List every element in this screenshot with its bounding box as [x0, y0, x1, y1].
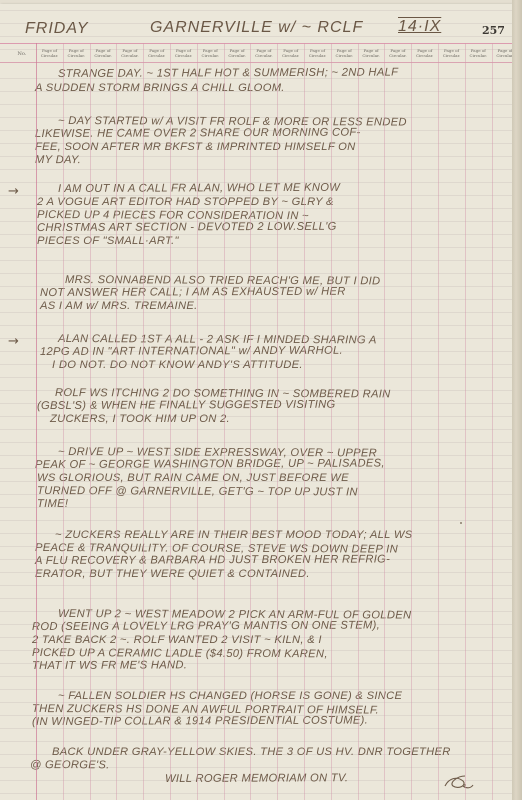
column-label-line2: Circular.	[143, 54, 170, 59]
paper-speck	[460, 522, 462, 524]
column-label-line2: Circular.	[304, 54, 331, 59]
page-of-circular-column-label: Page ofCircular.	[277, 49, 304, 58]
column-rule	[224, 43, 225, 800]
column-rule	[331, 43, 332, 800]
column-label-line2: Circular.	[465, 54, 492, 59]
handwritten-line: ~ ZUCKERS REALLY ARE IN THEIR BEST MOOD …	[55, 529, 413, 542]
handwritten-line: (IN WINGED-TIP COLLAR & 1914 PRESIDENTIA…	[32, 715, 368, 729]
column-label-line2: Circular.	[224, 54, 251, 59]
column-rule	[116, 43, 117, 800]
handwritten-line: PIECES OF "SMALL·ART."	[37, 235, 179, 248]
handwritten-line: A SUDDEN STORM BRINGS A CHILL GLOOM.	[35, 82, 285, 95]
column-label-line2: Circular.	[36, 54, 63, 59]
page-of-circular-column-label: Page ofCircular.	[384, 49, 411, 58]
page-of-circular-column-label: Page ofCircular.	[250, 49, 277, 58]
handwritten-line: A FLU RECOVERY & BARBARA HD JUST BROKEN …	[35, 553, 390, 568]
page-of-circular-column-label: Page ofCircular.	[358, 49, 385, 58]
page-of-circular-column-label: Page ofCircular.	[224, 49, 251, 58]
column-rule	[250, 43, 251, 800]
no-column-label: No.	[14, 51, 30, 57]
column-rule	[90, 43, 91, 800]
handwritten-line: 2 A VOGUE ART EDITOR HAD STOPPED BY ~ GL…	[37, 196, 334, 209]
header-date: 14·IX	[398, 18, 441, 36]
handwritten-line: FEE, SOON AFTER MR BKFST & IMPRINTED HIM…	[35, 141, 356, 154]
header-day: FRIDAY	[25, 20, 88, 38]
page-of-circular-column-label: Page ofCircular.	[90, 49, 117, 58]
diary-page: 257 FRIDAY GARNERVILLE w/ ~ RCLF 14·IX N…	[0, 4, 512, 800]
column-rule	[63, 43, 64, 800]
column-label-line2: Circular.	[250, 54, 277, 59]
page-number: 257	[482, 24, 505, 37]
handwritten-line: 12PG AD IN "ART INTERNATIONAL" w/ ANDY W…	[40, 345, 343, 359]
column-label-line2: Circular.	[384, 54, 411, 59]
handwritten-line: THAT IT WS FR ME'S HAND.	[32, 659, 187, 673]
column-label-line2: Circular.	[331, 54, 358, 59]
column-label-line2: Circular.	[63, 54, 90, 59]
column-rule	[277, 43, 278, 800]
column-rule	[384, 43, 385, 800]
column-label-line2: Circular.	[170, 54, 197, 59]
column-label-line2: Circular.	[438, 54, 465, 59]
column-label-line2: Circular.	[277, 54, 304, 59]
handwritten-line: CHRISTMAS ART SECTION - DEVOTED 2 LOW.SE…	[37, 221, 337, 235]
column-label-line2: Circular.	[411, 54, 438, 59]
page-of-circular-column-label: Page ofCircular.	[465, 49, 492, 58]
header-location: GARNERVILLE w/ ~ RCLF	[150, 19, 363, 37]
column-label-line2: Circular.	[492, 54, 512, 59]
page-of-circular-column-label: Page ofCircular.	[63, 49, 90, 58]
page-of-circular-column-label: Page ofCircular.	[143, 49, 170, 58]
page-of-circular-column-label: Page ofCircular.	[197, 49, 224, 58]
ledger-header-row: No. Page ofCircular.Page ofCircular.Page…	[0, 44, 512, 66]
column-label-line2: Circular.	[358, 54, 385, 59]
signature-icon	[443, 772, 475, 792]
handwritten-line: ERATOR, BUT THEY WERE QUIET & CONTAINED.	[35, 568, 310, 581]
column-label-line2: Circular.	[197, 54, 224, 59]
handwritten-line: STRANGE DAY. ~ 1ST HALF HOT & SUMMERISH;…	[58, 67, 398, 81]
column-rule	[411, 43, 412, 800]
column-rule	[465, 43, 466, 800]
page-of-circular-column-label: Page ofCircular.	[492, 49, 512, 58]
handwritten-line: ~ FALLEN SOLDIER HS CHANGED (HORSE IS GO…	[58, 690, 402, 703]
handwritten-line: ZUCKERS, I TOOK HIM UP ON 2.	[50, 413, 230, 426]
handwritten-line: MY DAY.	[35, 154, 81, 167]
handwritten-line: WS GLORIOUS, BUT RAIN CAME ON, JUST BEFO…	[37, 472, 349, 485]
handwritten-line: PEAK OF ~ GEORGE WASHINGTON BRIDGE, UP ~…	[35, 457, 385, 472]
page-of-circular-column-label: Page ofCircular.	[438, 49, 465, 58]
handwritten-line: (GBSL'S) & WHEN HE FINALLY SUGGESTED VIS…	[37, 399, 336, 413]
column-rule	[492, 43, 493, 800]
margin-arrow-icon: →	[8, 184, 19, 199]
page-of-circular-column-label: Page ofCircular.	[411, 49, 438, 58]
column-rule	[358, 43, 359, 800]
handwritten-line: NOT ANSWER HER CALL; I AM AS EXHAUSTED w…	[40, 286, 346, 300]
handwritten-line: I AM OUT IN A CALL FR ALAN, WHO LET ME K…	[58, 182, 340, 196]
column-label-line2: Circular.	[116, 54, 143, 59]
page-of-circular-column-label: Page ofCircular.	[170, 49, 197, 58]
page-of-circular-column-label: Page ofCircular.	[304, 49, 331, 58]
page-of-circular-column-label: Page ofCircular.	[36, 49, 63, 58]
page-of-circular-column-label: Page ofCircular.	[116, 49, 143, 58]
column-rule	[197, 43, 198, 800]
column-label-line2: Circular.	[90, 54, 117, 59]
column-rule	[438, 43, 439, 800]
column-rule	[170, 43, 171, 800]
handwritten-line: @ GEORGE'S.	[30, 759, 110, 772]
column-rule	[143, 43, 144, 800]
handwritten-line: WILL ROGER MEMORIAM ON TV.	[165, 772, 348, 786]
column-rule	[36, 43, 37, 800]
handwritten-line: ROD (SEEING A LOVELY LRG PRAY'G MANTIS O…	[32, 619, 380, 634]
margin-arrow-icon: →	[8, 334, 19, 349]
column-rule	[304, 43, 305, 800]
page-of-circular-column-label: Page ofCircular.	[331, 49, 358, 58]
handwritten-line: 2 TAKE BACK 2 ~. ROLF WANTED 2 VISIT ~ K…	[32, 634, 322, 647]
page-edge	[512, 0, 522, 800]
